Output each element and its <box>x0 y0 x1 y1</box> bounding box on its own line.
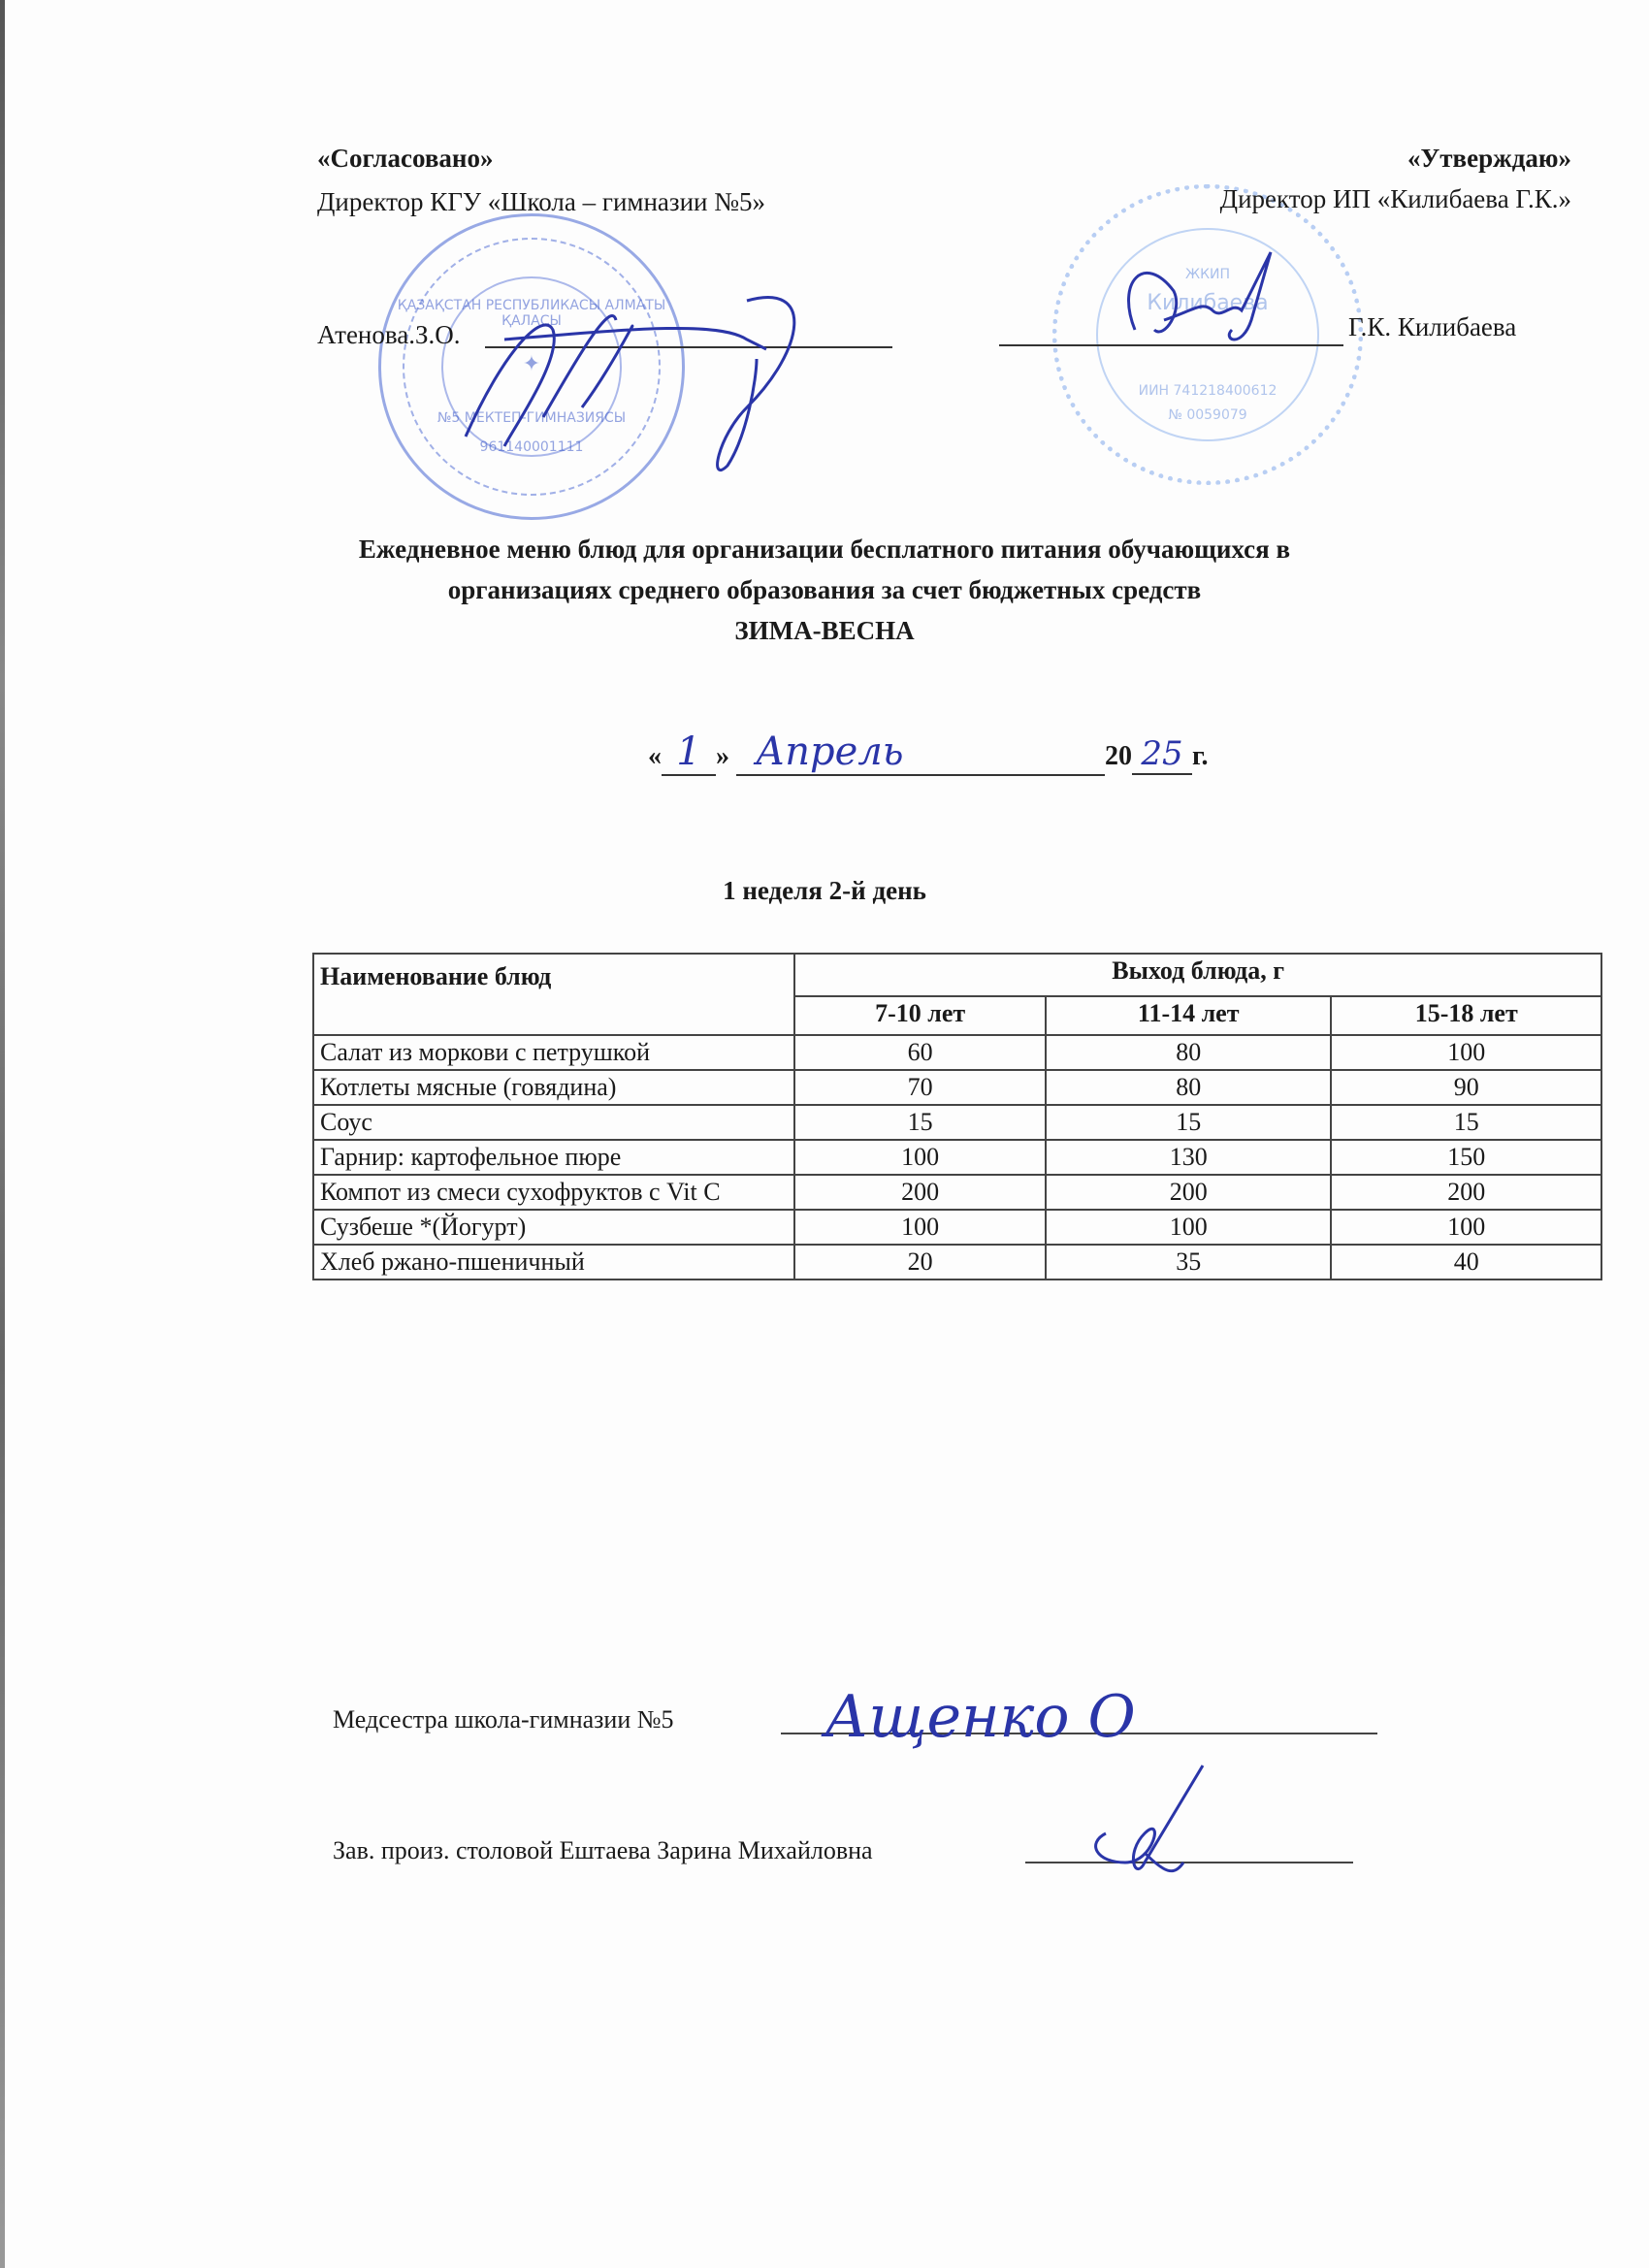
table-row: Гарнир: картофельное пюре100130150 <box>313 1140 1601 1175</box>
header-yield: Выход блюда, г <box>794 954 1601 996</box>
agreed-role: Директор КГУ «Школа – гимназии №5» <box>317 187 765 217</box>
dish-name: Салат из моркови с петрушкой <box>313 1035 794 1070</box>
dish-yield: 70 <box>794 1070 1046 1105</box>
dish-yield: 100 <box>1046 1210 1332 1245</box>
agreed-title: «Согласовано» <box>317 144 494 174</box>
date-year: 25 <box>1132 734 1192 775</box>
approve-role: Директор ИП «Килибаева Г.К.» <box>1220 184 1571 214</box>
season: ЗИМА-ВЕСНА <box>0 610 1649 651</box>
dish-yield: 80 <box>1046 1035 1332 1070</box>
dish-yield: 150 <box>1331 1140 1601 1175</box>
canteen-manager-label: Зав. произ. столовой Ештаева Зарина Миха… <box>333 1836 873 1865</box>
dish-name: Сузбеше *(Йогурт) <box>313 1210 794 1245</box>
dish-yield: 15 <box>1331 1105 1601 1140</box>
table-row: Сузбеше *(Йогурт)100100100 <box>313 1210 1601 1245</box>
dish-yield: 100 <box>1331 1035 1601 1070</box>
dish-yield: 100 <box>794 1140 1046 1175</box>
table-row: Салат из моркови с петрушкой6080100 <box>313 1035 1601 1070</box>
dish-yield: 100 <box>794 1210 1046 1245</box>
menu-table: Наименование блюд Выход блюда, г 7-10 ле… <box>312 953 1602 1280</box>
header-dish-name: Наименование блюд <box>313 954 794 1035</box>
nurse-label: Медсестра школа-гимназии №5 <box>333 1705 674 1734</box>
dish-yield: 200 <box>1331 1175 1601 1210</box>
dish-yield: 90 <box>1331 1070 1601 1105</box>
header-age-group: 11-14 лет <box>1046 996 1332 1035</box>
date-day: 1 <box>662 729 716 776</box>
dish-name: Хлеб ржано-пшеничный <box>313 1245 794 1280</box>
dish-yield: 200 <box>1046 1175 1332 1210</box>
title-line-2: организациях среднего образования за сче… <box>0 569 1649 610</box>
week-day: 1 неделя 2-й день <box>0 876 1649 906</box>
approve-signature <box>1106 243 1300 369</box>
dish-yield: 20 <box>794 1245 1046 1280</box>
date-row: «1» Апрель2025г. <box>648 729 1209 776</box>
nurse-signature: Ащенко О <box>815 1659 1358 1766</box>
dish-yield: 40 <box>1331 1245 1601 1280</box>
header-age-group: 15-18 лет <box>1331 996 1601 1035</box>
dish-yield: 15 <box>794 1105 1046 1140</box>
title-line-1: Ежедневное меню блюд для организации бес… <box>0 529 1649 569</box>
dish-yield: 200 <box>794 1175 1046 1210</box>
canteen-signature <box>1067 1756 1261 1892</box>
dish-yield: 80 <box>1046 1070 1332 1105</box>
approve-signer-name: Г.К. Килибаева <box>1348 312 1516 342</box>
table-row: Хлеб ржано-пшеничный203540 <box>313 1245 1601 1280</box>
dish-name: Компот из смеси сухофруктов с Vit C <box>313 1175 794 1210</box>
dish-name: Котлеты мясные (говядина) <box>313 1070 794 1105</box>
dish-yield: 15 <box>1046 1105 1332 1140</box>
svg-text:Ащенко О: Ащенко О <box>821 1683 1136 1751</box>
dish-yield: 60 <box>794 1035 1046 1070</box>
table-row: Компот из смеси сухофруктов с Vit C20020… <box>313 1175 1601 1210</box>
dish-yield: 35 <box>1046 1245 1332 1280</box>
table-row: Соус151515 <box>313 1105 1601 1140</box>
scan-edge <box>0 0 5 2268</box>
header-age-group: 7-10 лет <box>794 996 1046 1035</box>
approve-title: «Утверждаю» <box>1407 144 1571 174</box>
dish-name: Гарнир: картофельное пюре <box>313 1140 794 1175</box>
dish-name: Соус <box>313 1105 794 1140</box>
dish-yield: 130 <box>1046 1140 1332 1175</box>
date-month: Апрель <box>736 729 1105 776</box>
dish-yield: 100 <box>1331 1210 1601 1245</box>
document-title: Ежедневное меню блюд для организации бес… <box>0 529 1649 651</box>
agreed-signature <box>427 291 834 466</box>
table-row: Котлеты мясные (говядина)708090 <box>313 1070 1601 1105</box>
